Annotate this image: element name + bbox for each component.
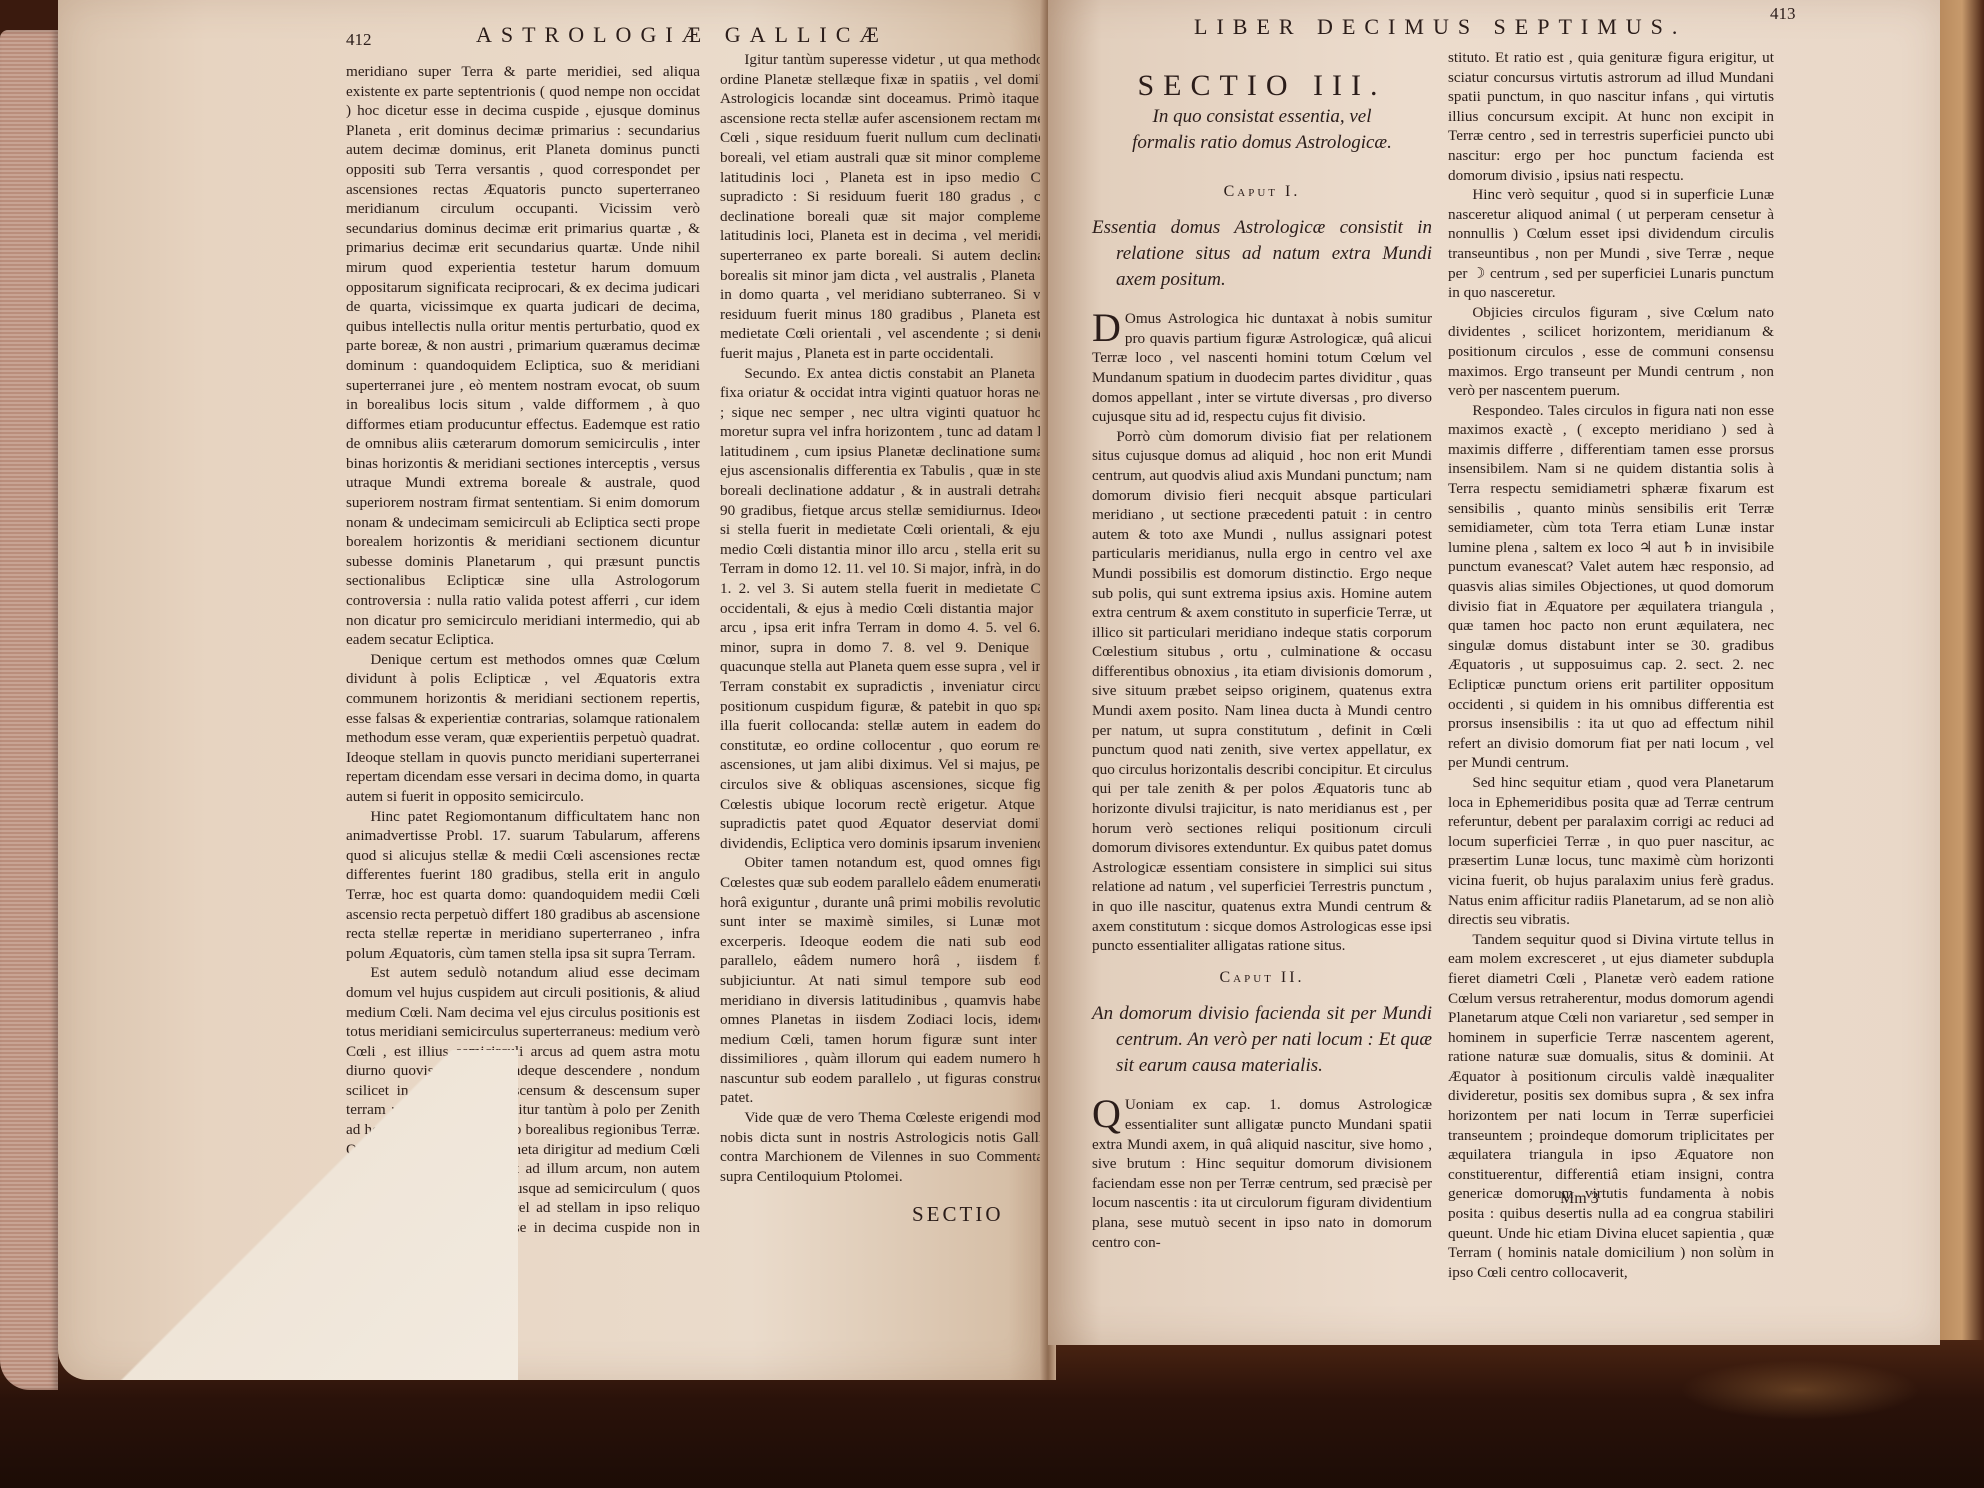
paragraph: Denique certum est methodos omnes quæ Cœ…: [346, 650, 700, 807]
paragraph: Secundo. Ex antea dictis constabit an Pl…: [720, 364, 1060, 854]
paragraph: Obiter tamen notandum est, quod omnes fi…: [720, 853, 1060, 1108]
chapter-1-label: Caput I.: [1092, 182, 1432, 202]
paragraph: Hinc verò sequitur , quod si in superfic…: [1448, 185, 1774, 303]
running-head-left: ASTROLOGIÆ GALLICÆ: [476, 22, 888, 48]
right-page-column-1: SECTIO III. In quo consistat essentia, v…: [1092, 66, 1432, 1252]
dropcap-d: D: [1092, 311, 1121, 345]
page-number-left: 412: [346, 30, 372, 50]
left-page-column-1: meridiano super Terra & parte meridiei, …: [346, 62, 700, 1257]
paragraph: meridiano super Terra & parte meridiei, …: [346, 62, 700, 650]
left-page: 412 ASTROLOGIÆ GALLICÆ meridiano super T…: [58, 0, 1048, 1380]
paragraph: Respondeo. Tales circulos in figura nati…: [1448, 401, 1774, 773]
chapter-2-label: Caput II.: [1092, 968, 1432, 988]
dropcap-q: Q: [1092, 1097, 1121, 1131]
paragraph: Igitur tantùm superesse videtur , ut qua…: [720, 50, 1060, 364]
paragraph: stituto. Et ratio est , quia genituræ fi…: [1448, 48, 1774, 185]
section-title: SECTIO III.: [1092, 76, 1432, 96]
right-page: LIBER DECIMUS SEPTIMUS. 413 SECTIO III. …: [1048, 0, 1940, 1345]
left-page-block-edges: [0, 30, 58, 1390]
paragraph: Tandem sequitur quod si Divina virtute t…: [1448, 930, 1774, 1283]
table-light-reflection: [1680, 1360, 1920, 1420]
paragraph: Est autem sedulò notandum aliud esse dec…: [346, 963, 700, 1257]
paragraph: Omus Astrologica hic duntaxat à nobis su…: [1092, 310, 1432, 425]
paragraph: Porrò cùm domorum divisio fiat per relat…: [1092, 427, 1432, 956]
catchword: SECTIO: [912, 1202, 1004, 1227]
printer-signature: Mm 3: [1560, 1190, 1599, 1208]
chapter-1-title: Essentia domus Astrologicæ consistit in …: [1092, 215, 1432, 293]
right-page-column-2: stituto. Et ratio est , quia genituræ fi…: [1448, 48, 1774, 1282]
paragraph: Vide quæ de vero Thema Cœleste erigendi …: [720, 1108, 1060, 1186]
running-head-right: LIBER DECIMUS SEPTIMUS.: [1194, 14, 1686, 40]
paragraph: Uoniam ex cap. 1. domus Astrologicæ esse…: [1092, 1096, 1432, 1250]
section-subtitle: In quo consistat essentia, vel formalis …: [1092, 104, 1432, 156]
right-book-cover-edge: [1940, 0, 1984, 1340]
paragraph: Objicies circulos figuram , sive Cœlum n…: [1448, 303, 1774, 401]
paragraph: Sed hinc sequitur etiam , quod vera Plan…: [1448, 773, 1774, 930]
left-page-column-2: Igitur tantùm superesse videtur , ut qua…: [720, 50, 1060, 1186]
chapter-2-title: An domorum divisio facienda sit per Mund…: [1092, 1001, 1432, 1079]
page-number-right: 413: [1770, 4, 1796, 24]
paragraph: Hinc patet Regiomontanum difficultatem h…: [346, 807, 700, 964]
